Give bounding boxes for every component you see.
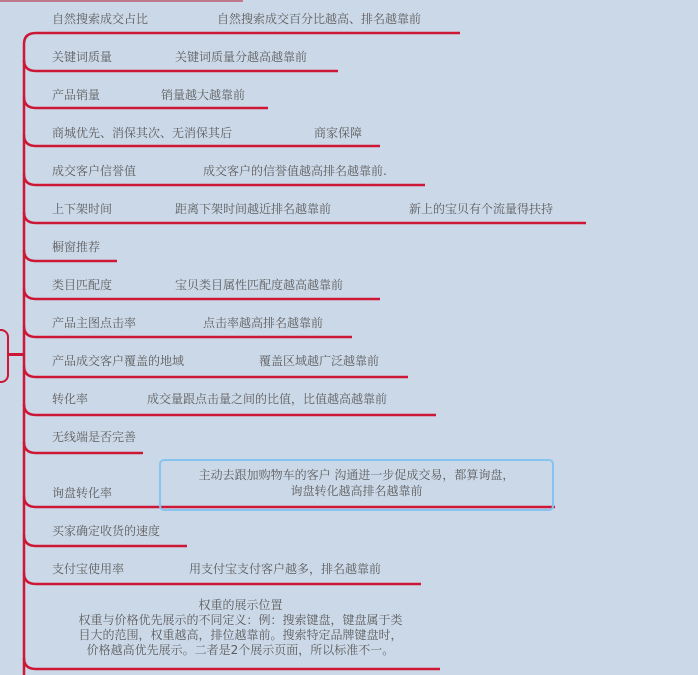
- branch-detail[interactable]: 销量越大越靠前: [161, 88, 245, 102]
- branch-detail[interactable]: 用支付宝支付客户越多，排名越靠前: [189, 562, 381, 576]
- branch-label[interactable]: 类目匹配度: [52, 278, 112, 292]
- branch-detail[interactable]: 成交客户的信誉值越高排名越靠前.: [203, 164, 387, 178]
- info-line: 价格越高优先展示。二者是2个展示页面，所以标准不一。: [48, 643, 433, 658]
- branch-label[interactable]: 关键词质量: [52, 50, 112, 64]
- branch-detail[interactable]: 商家保障: [314, 126, 362, 140]
- branch-label[interactable]: 转化率: [52, 392, 88, 406]
- note-text: 主动去跟加购物车的客户 沟通进一步促成交易，都算询盘， 询盘转化越高排名越靠前: [164, 467, 549, 499]
- branch-label[interactable]: 无线端是否完善: [52, 430, 136, 444]
- branch-detail[interactable]: 成交量跟点击量之间的比值，比值越高越靠前: [147, 392, 387, 406]
- note-line: 主动去跟加购物车的客户 沟通进一步促成交易，都算询盘，: [164, 467, 549, 483]
- branch-label[interactable]: 自然搜索成交占比: [52, 12, 148, 26]
- branch-detail[interactable]: 覆盖区域越广泛越靠前: [259, 354, 379, 368]
- branch-detail[interactable]: 点击率越高排名越靠前: [203, 316, 323, 330]
- branch-label[interactable]: 橱窗推荐: [52, 240, 100, 254]
- mindmap-canvas: 自然搜索成交占比 自然搜索成交百分比越高、排名越靠前 关键词质量 关键词质量分越…: [0, 0, 698, 675]
- branch-label[interactable]: 支付宝使用率: [52, 562, 124, 576]
- branch-detail[interactable]: 距离下架时间越近排名越靠前: [175, 202, 331, 216]
- branch-detail[interactable]: 宝贝类目属性匹配度越高越靠前: [175, 278, 343, 292]
- branch-label[interactable]: 商城优先、消保其次、无消保其后: [52, 126, 232, 140]
- info-title: 权重的展示位置: [48, 598, 433, 613]
- branch-label[interactable]: 产品销量: [52, 88, 100, 102]
- branch-label[interactable]: 产品成交客户覆盖的地域: [52, 354, 184, 368]
- branch-detail[interactable]: 关键词质量分越高越靠前: [175, 50, 307, 64]
- branch-label[interactable]: 成交客户信誉值: [52, 164, 136, 178]
- branch-label[interactable]: 买家确定收货的速度: [52, 524, 160, 538]
- info-line: 目大的范围，权重越高，排位越靠前。搜索特定品牌键盘时，: [48, 628, 433, 643]
- branch-label[interactable]: 产品主图点击率: [52, 316, 136, 330]
- info-node[interactable]: 权重的展示位置 权重与价格优先展示的不同定义：例：搜索键盘，键盘属于类 目大的范…: [48, 598, 433, 658]
- note-line: 询盘转化越高排名越靠前: [164, 483, 549, 499]
- branch-detail[interactable]: 自然搜索成交百分比越高、排名越靠前: [217, 12, 421, 26]
- root-node[interactable]: [0, 329, 9, 383]
- info-line: 权重与价格优先展示的不同定义：例：搜索键盘，键盘属于类: [48, 613, 433, 628]
- branch-label[interactable]: 上下架时间: [52, 202, 112, 216]
- root-connector: [8, 353, 24, 356]
- branch-extra[interactable]: 新上的宝贝有个流量得扶持: [409, 202, 553, 216]
- branch-label[interactable]: 询盘转化率: [52, 486, 112, 500]
